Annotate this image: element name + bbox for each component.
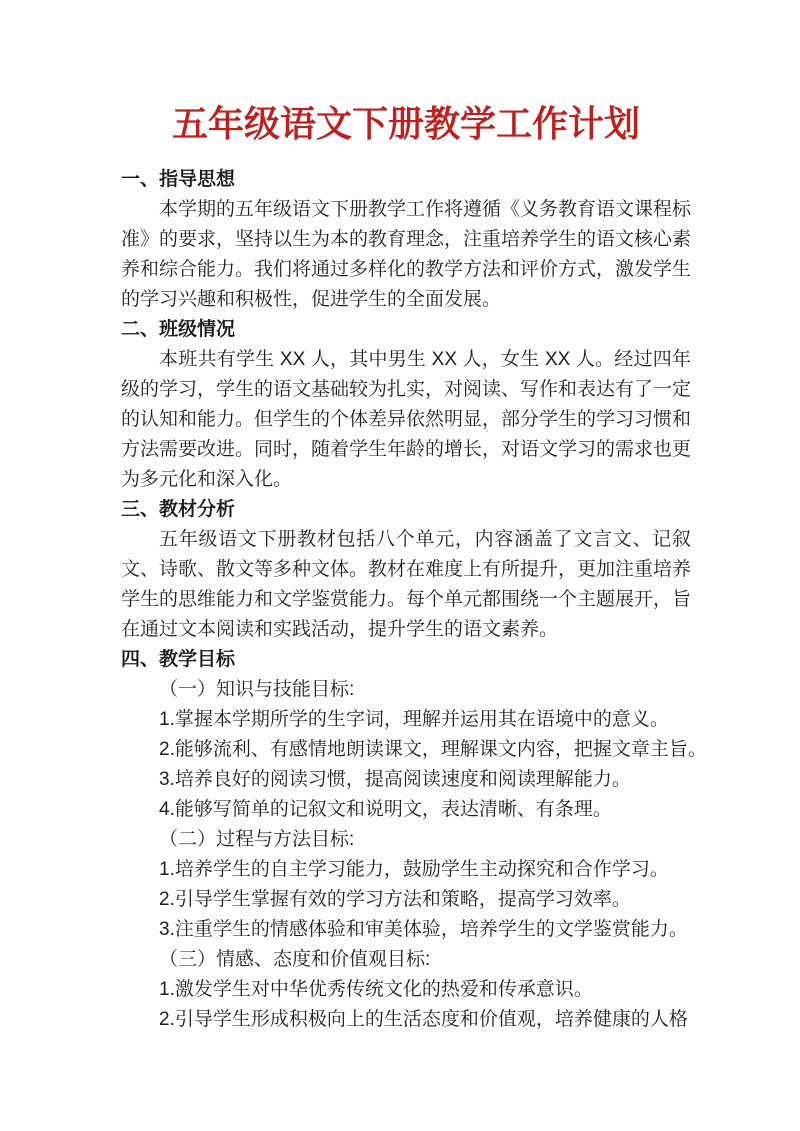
section-textbook-analysis: 三、教材分析 五年级语文下册教材包括八个单元，内容涵盖了文言文、记叙文、诗歌、散… — [121, 495, 691, 645]
section-guiding-ideology: 一、指导思想 本学期的五年级语文下册教学工作将遵循《义务教育语文课程标准》的要求… — [121, 165, 691, 315]
goal-item: 4.能够写简单的记叙文和说明文，表达清晰、有条理。 — [121, 795, 691, 825]
goal-subheading: （三）情感、态度和价值观目标: — [121, 945, 691, 975]
goal-item: 3.注重学生的情感体验和审美体验，培养学生的文学鉴赏能力。 — [121, 915, 691, 945]
document-page: 五年级语文下册教学工作计划 一、指导思想 本学期的五年级语文下册教学工作将遵循《… — [0, 0, 800, 1131]
section-class-situation: 二、班级情况 本班共有学生 XX 人，其中男生 XX 人，女生 XX 人。经过四… — [121, 315, 691, 495]
goal-item: 2.能够流利、有感情地朗读课文，理解课文内容，把握文章主旨。 — [121, 735, 691, 765]
goal-item: 1.培养学生的自主学习能力，鼓励学生主动探究和合作学习。 — [121, 855, 691, 885]
section-paragraph: 本学期的五年级语文下册教学工作将遵循《义务教育语文课程标准》的要求，坚持以生为本… — [121, 195, 691, 315]
section-heading: 一、指导思想 — [121, 165, 691, 195]
goal-item: 1.掌握本学期所学的生字词，理解并运用其在语境中的意义。 — [121, 705, 691, 735]
section-heading: 三、教材分析 — [121, 495, 691, 525]
section-heading: 四、教学目标 — [121, 645, 691, 675]
goal-item: 1.激发学生对中华优秀传统文化的热爱和传承意识。 — [121, 975, 691, 1005]
section-heading: 二、班级情况 — [121, 315, 691, 345]
goal-item: 3.培养良好的阅读习惯，提高阅读速度和阅读理解能力。 — [121, 765, 691, 795]
document-body: 五年级语文下册教学工作计划 一、指导思想 本学期的五年级语文下册教学工作将遵循《… — [121, 0, 691, 1035]
goal-item: 2.引导学生掌握有效的学习方法和策略，提高学习效率。 — [121, 885, 691, 915]
goal-item: 2.引导学生形成积极向上的生活态度和价值观，培养健康的人格 — [121, 1005, 691, 1035]
goal-subheading: （二）过程与方法目标: — [121, 825, 691, 855]
section-paragraph: 本班共有学生 XX 人，其中男生 XX 人，女生 XX 人。经过四年级的学习，学… — [121, 345, 691, 495]
section-teaching-goals: 四、教学目标 （一）知识与技能目标: 1.掌握本学期所学的生字词，理解并运用其在… — [121, 645, 691, 1035]
goal-subheading: （一）知识与技能目标: — [121, 675, 691, 705]
page-title: 五年级语文下册教学工作计划 — [121, 0, 691, 147]
section-paragraph: 五年级语文下册教材包括八个单元，内容涵盖了文言文、记叙文、诗歌、散文等多种文体。… — [121, 525, 691, 645]
